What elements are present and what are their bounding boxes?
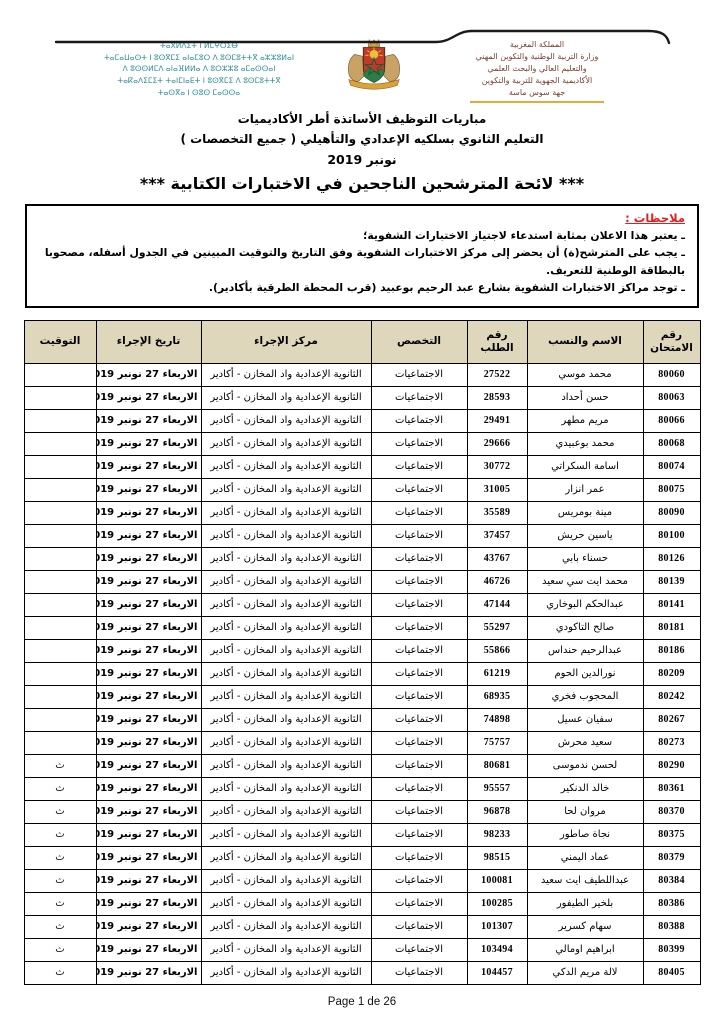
specialty-cell: الاجتماعيات <box>371 386 467 409</box>
exam-number-cell: 80384 <box>643 869 700 892</box>
timing-cell <box>24 501 96 524</box>
table-row: 80267سفيان عسيل74898الاجتماعياتالثانوية … <box>24 708 700 731</box>
specialty-cell: الاجتماعيات <box>371 754 467 777</box>
candidate-name-cell: عبدالرحيم حنداس <box>527 639 643 662</box>
exam-number-cell: 80388 <box>643 915 700 938</box>
results-table: رقم الامتحان الاسم والنسب رقم الطلب التخ… <box>24 320 701 985</box>
exam-number-cell: 80100 <box>643 524 700 547</box>
timing-cell: ث <box>24 892 96 915</box>
specialty-cell: الاجتماعيات <box>371 823 467 846</box>
candidate-name-cell: اسامة السكراتي <box>527 455 643 478</box>
exam-number-cell: 80186 <box>643 639 700 662</box>
col-header-exam-date: تاريخ الإجراء <box>96 320 201 363</box>
exam-number-cell: 80290 <box>643 754 700 777</box>
page-title: *** لائحة المترشحين الناجحين في الاختبار… <box>0 174 724 193</box>
request-number-cell: 61219 <box>467 662 527 685</box>
timing-cell <box>24 570 96 593</box>
exam-number-cell: 80375 <box>643 823 700 846</box>
col-header-exam-number: رقم الامتحان <box>643 320 700 363</box>
note-item: ـ يجب على المترشح(ة) أن يحضر إلى مركز ال… <box>39 244 685 279</box>
table-row: 80068محمد بوعبيدي29666الاجتماعياتالثانوي… <box>24 432 700 455</box>
table-row: 80060محمد موسي27522الاجتماعياتالثانوية ا… <box>24 363 700 386</box>
table-row: 80066مريم مطهر29491الاجتماعياتالثانوية ا… <box>24 409 700 432</box>
request-number-cell: 29666 <box>467 432 527 455</box>
header-rule <box>0 24 724 48</box>
exam-date-cell: الاربعاء 27 نونبر 2019 <box>96 570 201 593</box>
col-header-specialty: التخصص <box>371 320 467 363</box>
timing-cell <box>24 616 96 639</box>
exam-center-cell: الثانوية الإعدادية واد المخازن - أكادير <box>201 524 371 547</box>
table-row: 80399ابراهيم اومالي103494الاجتماعياتالثا… <box>24 938 700 961</box>
exam-number-cell: 80273 <box>643 731 700 754</box>
candidate-name-cell: نجاة صاطور <box>527 823 643 846</box>
specialty-cell: الاجتماعيات <box>371 363 467 386</box>
table-row: 80384عبداللطيف ايت سعيد100081الاجتماعيات… <box>24 869 700 892</box>
exam-number-cell: 80060 <box>643 363 700 386</box>
specialty-cell: الاجتماعيات <box>371 524 467 547</box>
exam-center-cell: الثانوية الإعدادية واد المخازن - أكادير <box>201 363 371 386</box>
exam-center-cell: الثانوية الإعدادية واد المخازن - أكادير <box>201 386 371 409</box>
col-header-request-number: رقم الطلب <box>467 320 527 363</box>
exam-date-cell: الاربعاء 27 نونبر 2019 <box>96 685 201 708</box>
candidate-name-cell: عبدالحكم البوخاري <box>527 593 643 616</box>
exam-number-cell: 80074 <box>643 455 700 478</box>
exam-number-cell: 80090 <box>643 501 700 524</box>
request-number-cell: 98515 <box>467 846 527 869</box>
specialty-cell: الاجتماعيات <box>371 501 467 524</box>
candidate-name-cell: ابراهيم اومالي <box>527 938 643 961</box>
candidate-name-cell: عبداللطيف ايت سعيد <box>527 869 643 892</box>
request-number-cell: 47144 <box>467 593 527 616</box>
specialty-cell: الاجتماعيات <box>371 938 467 961</box>
exam-center-cell: الثانوية الإعدادية واد المخازن - أكادير <box>201 432 371 455</box>
exam-date-cell: الاربعاء 27 نونبر 2019 <box>96 777 201 800</box>
candidate-name-cell: محمد ايت سي سعيد <box>527 570 643 593</box>
specialty-cell: الاجتماعيات <box>371 685 467 708</box>
exam-number-cell: 80242 <box>643 685 700 708</box>
exam-date-cell: الاربعاء 27 نونبر 2019 <box>96 915 201 938</box>
request-number-cell: 30772 <box>467 455 527 478</box>
table-row: 80290لحسن ندموسى80681الاجتماعياتالثانوية… <box>24 754 700 777</box>
timing-cell <box>24 547 96 570</box>
request-number-cell: 43767 <box>467 547 527 570</box>
candidate-name-cell: المحجوب فخري <box>527 685 643 708</box>
exam-center-cell: الثانوية الإعدادية واد المخازن - أكادير <box>201 593 371 616</box>
specialty-cell: الاجتماعيات <box>371 639 467 662</box>
exam-date-cell: الاربعاء 27 نونبر 2019 <box>96 892 201 915</box>
exam-center-cell: الثانوية الإعدادية واد المخازن - أكادير <box>201 409 371 432</box>
exam-date-cell: الاربعاء 27 نونبر 2019 <box>96 823 201 846</box>
title-cycle: التعليم الثانوي بسلكيه الإعدادي والتأهيل… <box>0 132 724 146</box>
timing-cell <box>24 478 96 501</box>
request-number-cell: 37457 <box>467 524 527 547</box>
exam-number-cell: 80370 <box>643 800 700 823</box>
timing-cell <box>24 432 96 455</box>
exam-date-cell: الاربعاء 27 نونبر 2019 <box>96 800 201 823</box>
ministry-line: الأكاديمية الجهوية للتربية والتكوين <box>476 75 599 87</box>
specialty-cell: الاجتماعيات <box>371 961 467 984</box>
exam-number-cell: 80361 <box>643 777 700 800</box>
specialty-cell: الاجتماعيات <box>371 478 467 501</box>
exam-number-cell: 80267 <box>643 708 700 731</box>
request-number-cell: 35589 <box>467 501 527 524</box>
request-number-cell: 104457 <box>467 961 527 984</box>
col-header-timing: التوقيت <box>24 320 96 363</box>
document-titles: مباريات التوظيف الأساتذة أطر الأكاديميات… <box>0 112 724 193</box>
request-number-cell: 98233 <box>467 823 527 846</box>
title-session-date: نونبر 2019 <box>0 152 724 167</box>
table-row: 80126حسناء بابي43767الاجتماعياتالثانوية … <box>24 547 700 570</box>
table-row: 80186عبدالرحيم حنداس55866الاجتماعياتالثا… <box>24 639 700 662</box>
specialty-cell: الاجتماعيات <box>371 869 467 892</box>
exam-number-cell: 80075 <box>643 478 700 501</box>
exam-date-cell: الاربعاء 27 نونبر 2019 <box>96 662 201 685</box>
results-table-header: رقم الامتحان الاسم والنسب رقم الطلب التخ… <box>24 320 700 363</box>
exam-number-cell: 80209 <box>643 662 700 685</box>
timing-cell <box>24 386 96 409</box>
table-row: 80075عمر انزار31005الاجتماعياتالثانوية ا… <box>24 478 700 501</box>
exam-date-cell: الاربعاء 27 نونبر 2019 <box>96 639 201 662</box>
exam-date-cell: الاربعاء 27 نونبر 2019 <box>96 938 201 961</box>
header-rule-line <box>0 24 724 48</box>
table-row: 80375نجاة صاطور98233الاجتماعياتالثانوية … <box>24 823 700 846</box>
timing-cell <box>24 708 96 731</box>
exam-number-cell: 80141 <box>643 593 700 616</box>
exam-date-cell: الاربعاء 27 نونبر 2019 <box>96 455 201 478</box>
exam-number-cell: 80126 <box>643 547 700 570</box>
exam-date-cell: الاربعاء 27 نونبر 2019 <box>96 363 201 386</box>
request-number-cell: 31005 <box>467 478 527 501</box>
exam-center-cell: الثانوية الإعدادية واد المخازن - أكادير <box>201 478 371 501</box>
request-number-cell: 46726 <box>467 570 527 593</box>
exam-date-cell: الاربعاء 27 نونبر 2019 <box>96 731 201 754</box>
timing-cell <box>24 731 96 754</box>
specialty-cell: الاجتماعيات <box>371 892 467 915</box>
exam-center-cell: الثانوية الإعدادية واد المخازن - أكادير <box>201 501 371 524</box>
request-number-cell: 55866 <box>467 639 527 662</box>
specialty-cell: الاجتماعيات <box>371 616 467 639</box>
table-row: 80100ياسين حريش37457الاجتماعياتالثانوية … <box>24 524 700 547</box>
exam-date-cell: الاربعاء 27 نونبر 2019 <box>96 432 201 455</box>
request-number-cell: 80681 <box>467 754 527 777</box>
tifinagh-line: ⵜⴰⴽⴰⴷⵉⵎⵉⵜ ⵜⴰⵏⵎⵏⴰⴹⵜ ⵏ ⵓⵙⴳⵎⵉ ⴷ ⵓⵙⵎⵓⵜⵜⴳ <box>73 75 325 87</box>
exam-date-cell: الاربعاء 27 نونبر 2019 <box>96 547 201 570</box>
request-number-cell: 95557 <box>467 777 527 800</box>
exam-number-cell: 80379 <box>643 846 700 869</box>
exam-center-cell: الثانوية الإعدادية واد المخازن - أكادير <box>201 547 371 570</box>
exam-number-cell: 80386 <box>643 892 700 915</box>
request-number-cell: 103494 <box>467 938 527 961</box>
exam-date-cell: الاربعاء 27 نونبر 2019 <box>96 593 201 616</box>
specialty-cell: الاجتماعيات <box>371 731 467 754</box>
request-number-cell: 100081 <box>467 869 527 892</box>
exam-number-cell: 80066 <box>643 409 700 432</box>
timing-cell: ث <box>24 938 96 961</box>
candidate-name-cell: محمد بوعبيدي <box>527 432 643 455</box>
timing-cell: ث <box>24 777 96 800</box>
table-row: 80405لالة مريم الدكي104457الاجتماعياتالث… <box>24 961 700 984</box>
exam-center-cell: الثانوية الإعدادية واد المخازن - أكادير <box>201 846 371 869</box>
exam-date-cell: الاربعاء 27 نونبر 2019 <box>96 501 201 524</box>
specialty-cell: الاجتماعيات <box>371 777 467 800</box>
page-number-label: Page 1 de 26 <box>0 996 724 1008</box>
exam-number-cell: 80181 <box>643 616 700 639</box>
table-row: 80090مينة بومريس35589الاجتماعياتالثانوية… <box>24 501 700 524</box>
exam-date-cell: الاربعاء 27 نونبر 2019 <box>96 869 201 892</box>
table-row: 80181صالح التاكودي55297الاجتماعياتالثانو… <box>24 616 700 639</box>
exam-number-cell: 80068 <box>643 432 700 455</box>
exam-number-cell: 80405 <box>643 961 700 984</box>
exam-number-cell: 80399 <box>643 938 700 961</box>
timing-cell: ث <box>24 961 96 984</box>
specialty-cell: الاجتماعيات <box>371 915 467 938</box>
candidate-name-cell: سفيان عسيل <box>527 708 643 731</box>
exam-date-cell: الاربعاء 27 نونبر 2019 <box>96 754 201 777</box>
specialty-cell: الاجتماعيات <box>371 800 467 823</box>
candidate-name-cell: بلخير الطيفور <box>527 892 643 915</box>
exam-date-cell: الاربعاء 27 نونبر 2019 <box>96 478 201 501</box>
request-number-cell: 74898 <box>467 708 527 731</box>
exam-date-cell: الاربعاء 27 نونبر 2019 <box>96 846 201 869</box>
exam-date-cell: الاربعاء 27 نونبر 2019 <box>96 524 201 547</box>
exam-center-cell: الثانوية الإعدادية واد المخازن - أكادير <box>201 570 371 593</box>
exam-center-cell: الثانوية الإعدادية واد المخازن - أكادير <box>201 685 371 708</box>
table-row: 80139محمد ايت سي سعيد46726الاجتماعياتالث… <box>24 570 700 593</box>
timing-cell <box>24 455 96 478</box>
candidate-name-cell: مينة بومريس <box>527 501 643 524</box>
table-row: 80386بلخير الطيفور100285الاجتماعياتالثان… <box>24 892 700 915</box>
exam-date-cell: الاربعاء 27 نونبر 2019 <box>96 961 201 984</box>
candidate-name-cell: لالة مريم الدكي <box>527 961 643 984</box>
col-header-exam-center: مركز الإجراء <box>201 320 371 363</box>
timing-cell <box>24 685 96 708</box>
table-row: 80370مروان لحا96878الاجتماعياتالثانوية ا… <box>24 800 700 823</box>
request-number-cell: 75757 <box>467 731 527 754</box>
notes-heading: ملاحظات : <box>39 211 685 225</box>
ministry-line: جهة سوس ماسة <box>476 87 599 99</box>
timing-cell <box>24 639 96 662</box>
timing-cell: ث <box>24 800 96 823</box>
exam-center-cell: الثانوية الإعدادية واد المخازن - أكادير <box>201 915 371 938</box>
exam-center-cell: الثانوية الإعدادية واد المخازن - أكادير <box>201 639 371 662</box>
exam-date-cell: الاربعاء 27 نونبر 2019 <box>96 616 201 639</box>
ministry-line: وزارة التربية الوطنية والتكوين المهني <box>476 51 599 63</box>
candidate-name-cell: ياسين حريش <box>527 524 643 547</box>
exam-center-cell: الثانوية الإعدادية واد المخازن - أكادير <box>201 961 371 984</box>
candidate-name-cell: عمر انزار <box>527 478 643 501</box>
note-item: ـ توجد مراكز الاختبارات الشفوية بشارع عب… <box>39 279 685 296</box>
specialty-cell: الاجتماعيات <box>371 593 467 616</box>
exam-center-cell: الثانوية الإعدادية واد المخازن - أكادير <box>201 892 371 915</box>
exam-center-cell: الثانوية الإعدادية واد المخازن - أكادير <box>201 938 371 961</box>
request-number-cell: 96878 <box>467 800 527 823</box>
timing-cell <box>24 524 96 547</box>
candidate-name-cell: مريم مطهر <box>527 409 643 432</box>
exam-center-cell: الثانوية الإعدادية واد المخازن - أكادير <box>201 777 371 800</box>
request-number-cell: 29491 <box>467 409 527 432</box>
candidate-name-cell: مروان لحا <box>527 800 643 823</box>
table-row: 80361خالد الدنكير95557الاجتماعياتالثانوي… <box>24 777 700 800</box>
exam-center-cell: الثانوية الإعدادية واد المخازن - أكادير <box>201 731 371 754</box>
specialty-cell: الاجتماعيات <box>371 455 467 478</box>
exam-number-cell: 80139 <box>643 570 700 593</box>
table-row: 80388سهام كسرير101307الاجتماعياتالثانوية… <box>24 915 700 938</box>
table-row: 80242المحجوب فخري68935الاجتماعياتالثانوي… <box>24 685 700 708</box>
timing-cell: ث <box>24 915 96 938</box>
exam-center-cell: الثانوية الإعدادية واد المخازن - أكادير <box>201 616 371 639</box>
request-number-cell: 101307 <box>467 915 527 938</box>
specialty-cell: الاجتماعيات <box>371 708 467 731</box>
candidate-name-cell: صالح التاكودي <box>527 616 643 639</box>
tifinagh-line: ⴷ ⵓⵙⵙⵍⵎⴷ ⴰⵏⴰⴼⵍⵍⴰ ⴷ ⵓⵔⵣⵣⵓ ⴰⵎⴰⵙⵙⴰⵏ <box>73 63 325 75</box>
exam-center-cell: الثانوية الإعدادية واد المخازن - أكادير <box>201 754 371 777</box>
results-table-body: 80060محمد موسي27522الاجتماعياتالثانوية ا… <box>24 363 700 984</box>
exam-number-cell: 80063 <box>643 386 700 409</box>
exam-date-cell: الاربعاء 27 نونبر 2019 <box>96 409 201 432</box>
request-number-cell: 100285 <box>467 892 527 915</box>
title-competition: مباريات التوظيف الأساتذة أطر الأكاديميات <box>0 112 724 126</box>
specialty-cell: الاجتماعيات <box>371 432 467 455</box>
col-header-name: الاسم والنسب <box>527 320 643 363</box>
candidate-name-cell: خالد الدنكير <box>527 777 643 800</box>
note-item: ـ يعتبر هذا الاعلان بمثابة استدعاء لاجتي… <box>39 227 685 244</box>
exam-center-cell: الثانوية الإعدادية واد المخازن - أكادير <box>201 823 371 846</box>
candidate-name-cell: محمد موسي <box>527 363 643 386</box>
specialty-cell: الاجتماعيات <box>371 662 467 685</box>
table-row: 80379عماد اليمني98515الاجتماعياتالثانوية… <box>24 846 700 869</box>
tifinagh-line: ⵜⴰⵎⴰⵡⴰⵙⵜ ⵏ ⵓⵙⴳⵎⵉ ⴰⵏⴰⵎⵓⵔ ⴷ ⵓⵙⵎⵓⵜⵜⴳ ⴰⵣⵣⵓⵍⴰ… <box>73 52 325 64</box>
request-number-cell: 55297 <box>467 616 527 639</box>
exam-center-cell: الثانوية الإعدادية واد المخازن - أكادير <box>201 455 371 478</box>
timing-cell: ث <box>24 846 96 869</box>
exam-center-cell: الثانوية الإعدادية واد المخازن - أكادير <box>201 708 371 731</box>
specialty-cell: الاجتماعيات <box>371 547 467 570</box>
exam-center-cell: الثانوية الإعدادية واد المخازن - أكادير <box>201 662 371 685</box>
table-row: 80141عبدالحكم البوخاري47144الاجتماعياتال… <box>24 593 700 616</box>
candidate-name-cell: سهام كسرير <box>527 915 643 938</box>
table-row: 80063حسن أحداد28593الاجتماعياتالثانوية ا… <box>24 386 700 409</box>
timing-cell: ث <box>24 869 96 892</box>
timing-cell <box>24 409 96 432</box>
ministry-line: والتعليم العالي والبحث العلمي <box>476 63 599 75</box>
request-number-cell: 27522 <box>467 363 527 386</box>
candidate-name-cell: حسن أحداد <box>527 386 643 409</box>
candidate-name-cell: عماد اليمني <box>527 846 643 869</box>
candidate-name-cell: لحسن ندموسى <box>527 754 643 777</box>
specialty-cell: الاجتماعيات <box>371 570 467 593</box>
exam-date-cell: الاربعاء 27 نونبر 2019 <box>96 386 201 409</box>
candidate-name-cell: حسناء بابي <box>527 547 643 570</box>
notes-box: ملاحظات : ـ يعتبر هذا الاعلان بمثابة است… <box>25 204 699 308</box>
specialty-cell: الاجتماعيات <box>371 846 467 869</box>
exam-center-cell: الثانوية الإعدادية واد المخازن - أكادير <box>201 869 371 892</box>
exam-center-cell: الثانوية الإعدادية واد المخازن - أكادير <box>201 800 371 823</box>
timing-cell <box>24 363 96 386</box>
timing-cell <box>24 662 96 685</box>
exam-date-cell: الاربعاء 27 نونبر 2019 <box>96 708 201 731</box>
candidate-name-cell: نورالدين الحوم <box>527 662 643 685</box>
tifinagh-line: ⵜⴰⵙⴳⴰ ⵏ ⵙⵓⵙ ⵎⴰⵙⵙⴰ <box>73 87 325 99</box>
request-number-cell: 68935 <box>467 685 527 708</box>
specialty-cell: الاجتماعيات <box>371 409 467 432</box>
request-number-cell: 28593 <box>467 386 527 409</box>
timing-cell: ث <box>24 754 96 777</box>
table-row: 80273سعيد محرش75757الاجتماعياتالثانوية ا… <box>24 731 700 754</box>
timing-cell: ث <box>24 823 96 846</box>
candidate-name-cell: سعيد محرش <box>527 731 643 754</box>
timing-cell <box>24 593 96 616</box>
table-row: 80074اسامة السكراتي30772الاجتماعياتالثان… <box>24 455 700 478</box>
table-row: 80209نورالدين الحوم61219الاجتماعياتالثان… <box>24 662 700 685</box>
